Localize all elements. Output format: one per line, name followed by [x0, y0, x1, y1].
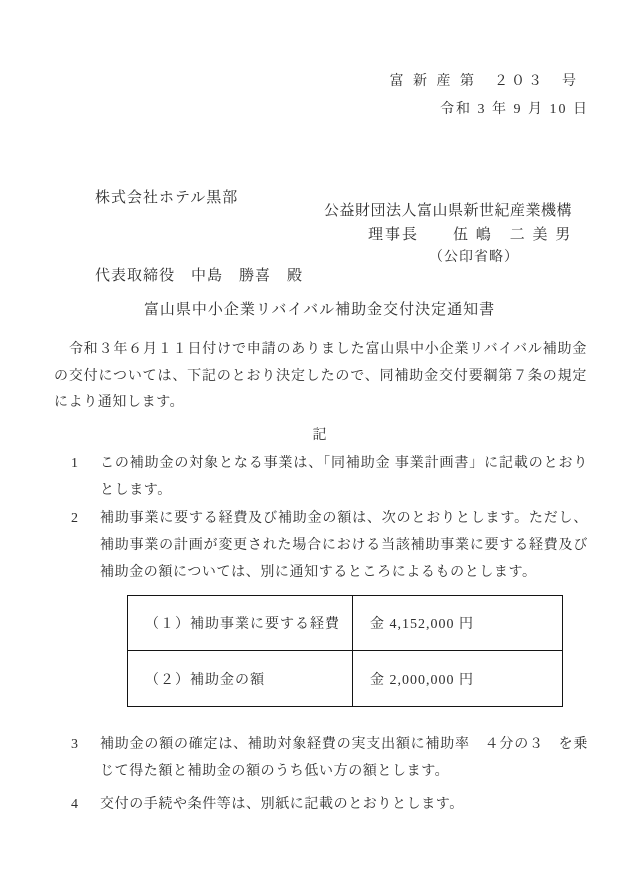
list-item-1: 1 この補助金の対象となる事業は、「同補助金 事業計画書」に記載のとおりとします… [71, 450, 588, 504]
recipient-representative: 代表取締役 中島 勝喜 殿 [95, 263, 303, 289]
seal-omitted-note: （公印省略） [429, 246, 519, 266]
document-number: 富 新 産 第 ２０３ 号 [390, 70, 580, 90]
table-row1-value: 金 4,152,000 円 [353, 596, 562, 651]
list-item-4: 4 交付の手続や条件等は、別紙に記載のとおりとします。 [71, 791, 588, 818]
record-marker: 記 [0, 424, 639, 444]
sender-organization: 公益財団法人富山県新世紀産業機構 [324, 199, 572, 220]
list-item-4-text: 交付の手続や条件等は、別紙に記載のとおりとします。 [100, 791, 588, 818]
list-item-2-text: 補助事業に要する経費及び補助金の額は、次のとおりとします。ただし、補助事業の計画… [100, 505, 588, 586]
body-paragraph: 令和３年６月１１日付けで申請のありました富山県中小企業リバイバル補助金の交付につ… [54, 337, 587, 417]
list-item-3: 3 補助金の額の確定は、補助対象経費の実支出額に補助率 ４分の３ を乗じて得た額… [71, 731, 588, 785]
table-row2-label: （２）補助金の額 [128, 651, 353, 706]
list-item-1-text: この補助金の対象となる事業は、「同補助金 事業計画書」に記載のとおりとします。 [100, 450, 588, 504]
sender-representative: 理事長 伍 嶋 二 美 男 [368, 223, 572, 244]
list-item-2-number: 2 [71, 505, 100, 586]
notification-letter-page: 富 新 産 第 ２０３ 号 令和 3 年 9 月 10 日 株式会社ホテル黒部 … [0, 0, 639, 891]
subsidy-amount-table: （１）補助事業に要する経費 金 4,152,000 円 （２）補助金の額 金 2… [127, 595, 563, 707]
recipient-company: 株式会社ホテル黒部 [95, 185, 303, 211]
document-title: 富山県中小企業リバイバル補助金交付決定通知書 [0, 298, 639, 319]
list-item-4-number: 4 [71, 791, 100, 818]
document-date: 令和 3 年 9 月 10 日 [440, 98, 589, 118]
list-item-3-text: 補助金の額の確定は、補助対象経費の実支出額に補助率 ４分の３ を乗じて得た額と補… [100, 731, 588, 785]
table-row2-value: 金 2,000,000 円 [353, 651, 562, 706]
list-item-2: 2 補助事業に要する経費及び補助金の額は、次のとおりとします。ただし、補助事業の… [71, 505, 588, 586]
table-row1-label: （１）補助事業に要する経費 [128, 596, 353, 651]
list-item-3-number: 3 [71, 731, 100, 785]
list-item-1-number: 1 [71, 450, 100, 504]
